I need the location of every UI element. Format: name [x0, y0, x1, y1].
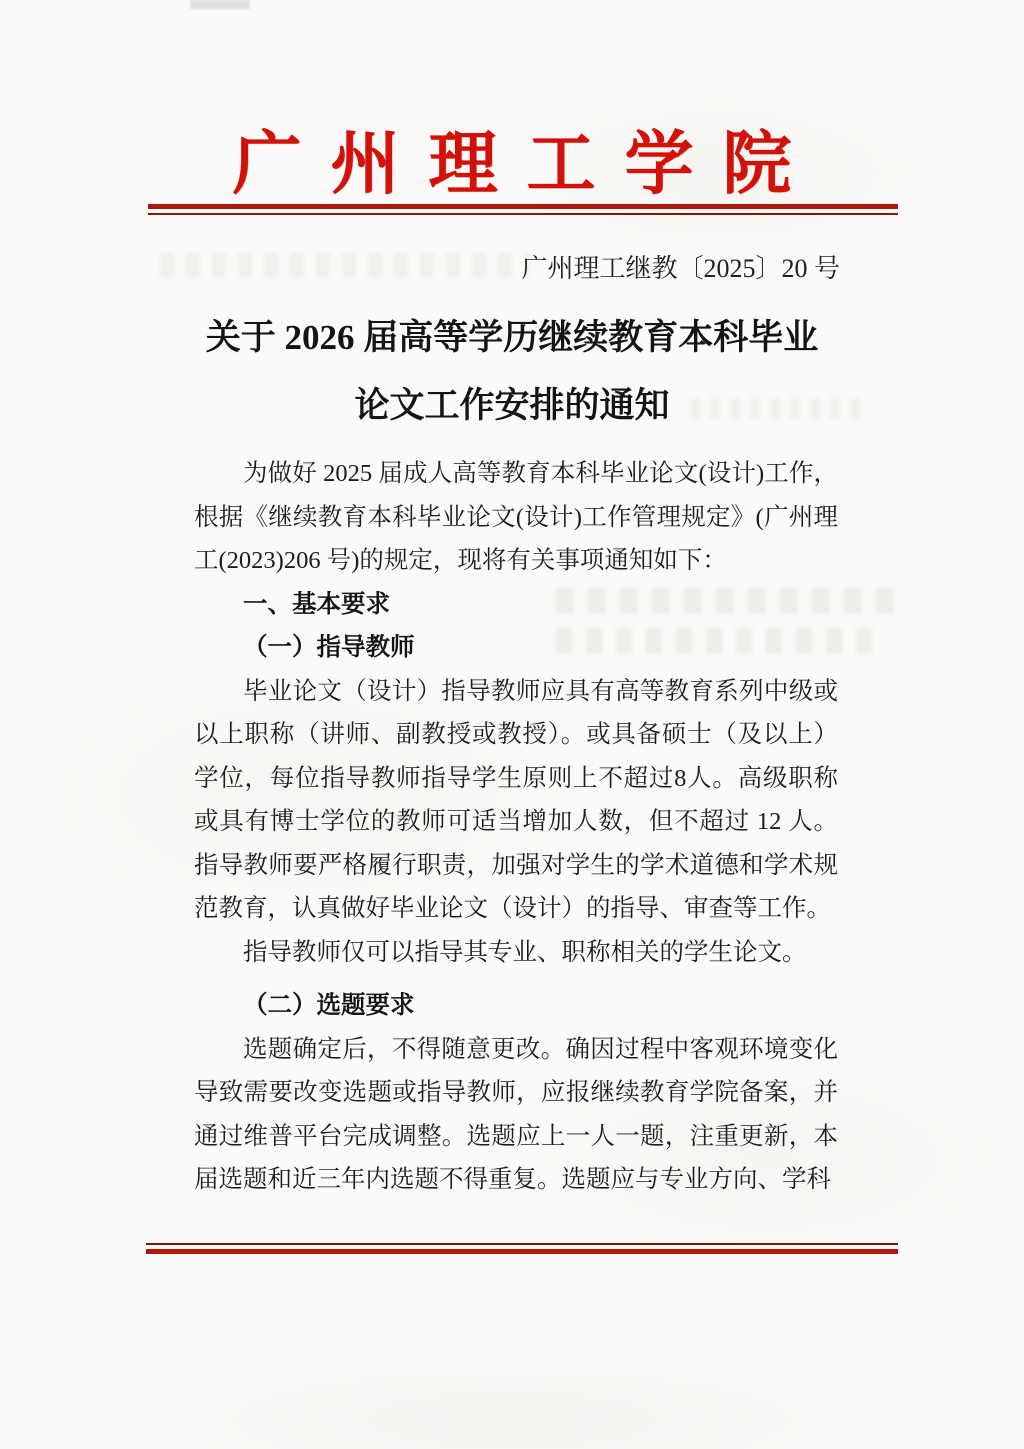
paragraph-advisor-requirements: 毕业论文（设计）指导教师应具有高等教育系列中级或以上职称（讲师、副教授或教授）。…	[194, 670, 838, 931]
paragraph-advisor-note: 指导教师仅可以指导其专业、职称相关的学生论文。	[194, 931, 838, 975]
header-rule-thin	[148, 213, 898, 215]
footer-rule-thin	[146, 1243, 898, 1245]
paragraph-topic-requirements: 选题确定后，不得随意更改。确因过程中客观环境变化导致需要改变选题或指导教师，应报…	[194, 1028, 838, 1202]
header-rule-thick	[148, 204, 898, 209]
university-name: 广州理工学院	[233, 126, 821, 202]
heading-topic-requirements: （二）选题要求	[194, 984, 838, 1028]
scanned-notice-page: 广州理工学院 广州理工继教〔2025〕20 号 关于 2026 届高等学历继续教…	[0, 0, 1024, 1449]
notice-title-line2: 论文工作安排的通知	[0, 372, 1024, 440]
header-double-rule	[148, 204, 898, 215]
notice-body: 为做好 2025 届成人高等教育本科毕业论文(设计)工作，根据《继续教育本科毕业…	[194, 452, 838, 1202]
university-masthead: 广州理工学院	[0, 108, 1024, 207]
scan-artifact	[190, 0, 250, 9]
notice-title-line1: 关于 2026 届高等学历继续教育本科毕业	[0, 304, 1024, 372]
heading-advisor: （一）指导教师	[194, 626, 838, 670]
paragraph-intro: 为做好 2025 届成人高等教育本科毕业论文(设计)工作，根据《继续教育本科毕业…	[194, 452, 838, 583]
document-number: 广州理工继教〔2025〕20 号	[0, 248, 840, 285]
footer-rule-thick	[146, 1249, 898, 1254]
footer-double-rule	[146, 1243, 898, 1254]
notice-title: 关于 2026 届高等学历继续教育本科毕业 论文工作安排的通知	[0, 304, 1024, 440]
heading-section-1: 一、基本要求	[194, 583, 838, 627]
